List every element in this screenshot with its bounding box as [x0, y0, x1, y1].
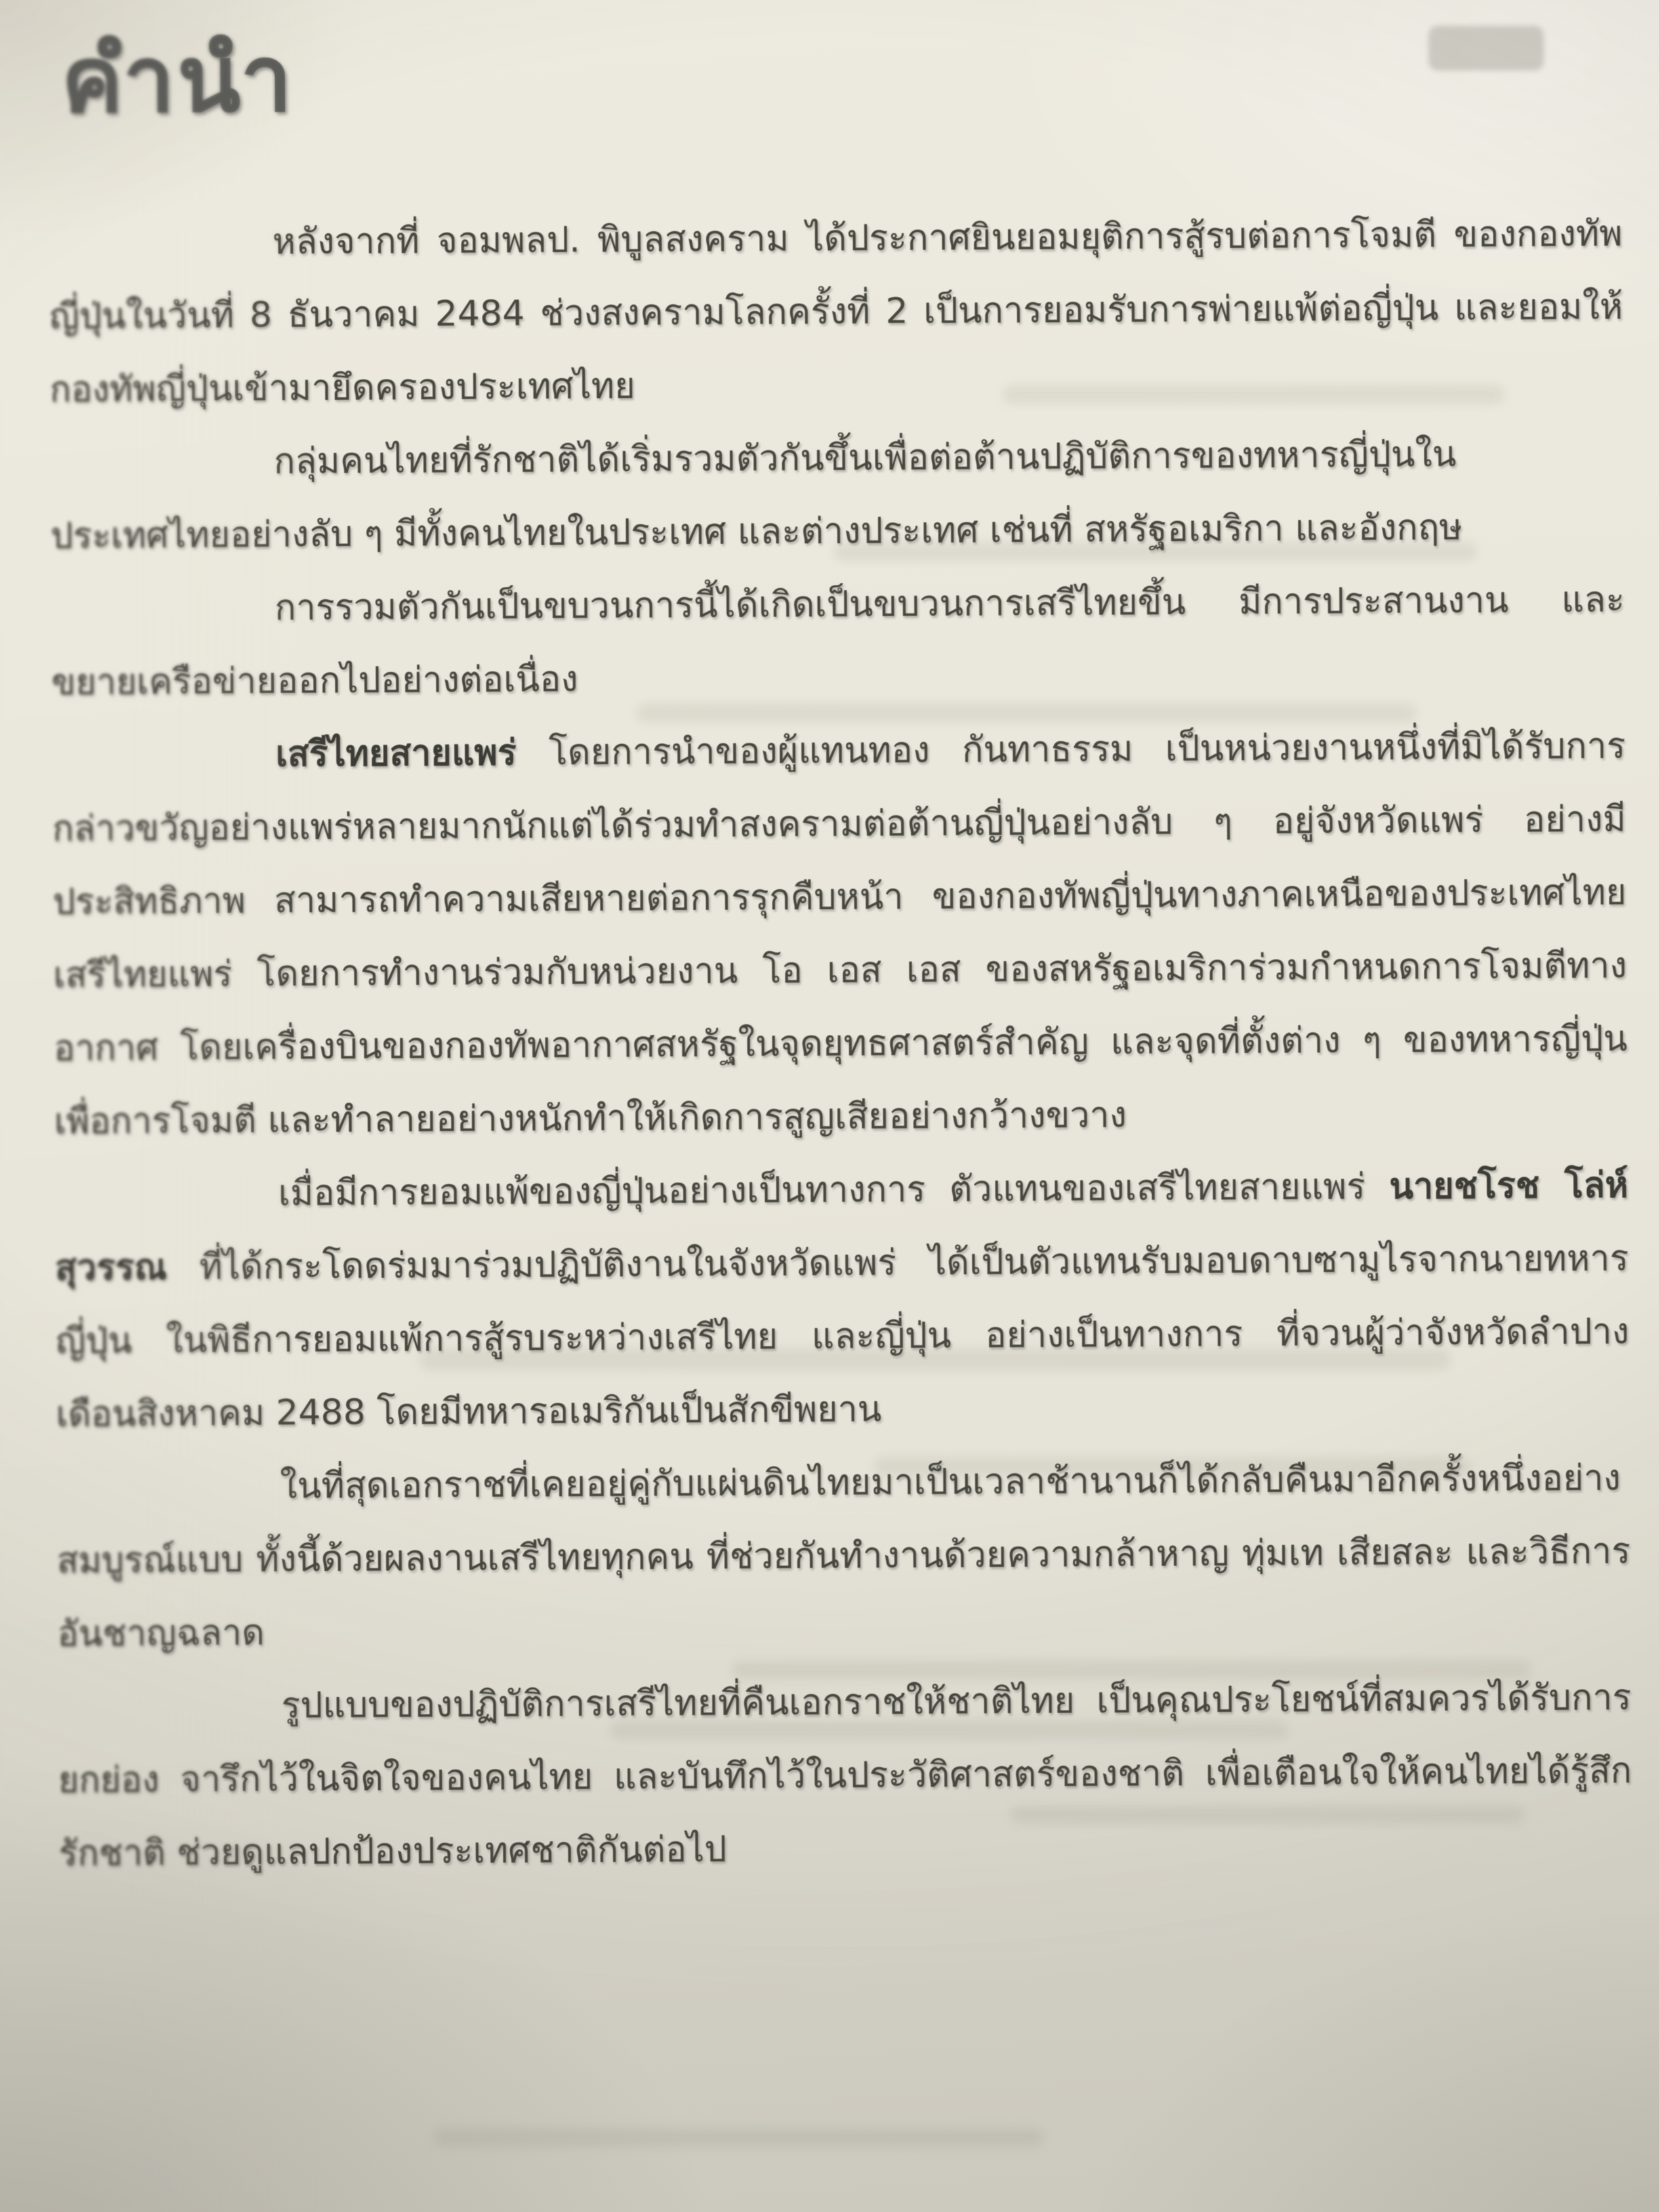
page-content: คำนำ หลังจากที่ จอมพลป. พิบูลสงคราม ได้ป… — [47, 16, 1635, 2212]
preface-paragraph: หลังจากที่ จอมพลป. พิบูลสงคราม ได้ประกาศ… — [49, 197, 1624, 426]
preface-paragraph: รูปแบบของปฏิบัติการเสรีไทยที่คืนเอกราชให… — [58, 1661, 1633, 1890]
paragraph-text: ที่ได้กระโดดร่มมาร่วมปฏิบัติงานในจังหวัด… — [56, 1238, 1629, 1435]
paragraph-text: กลุ่มคนไทยที่รักชาติได้เริ่มรวมตัวกันขึ้… — [50, 434, 1462, 556]
paragraph-text: การรวมตัวกันเป็นขบวนการนี้ได้เกิดเป็นขบว… — [52, 579, 1625, 703]
book-page-photo: คำนำ หลังจากที่ จอมพลป. พิบูลสงคราม ได้ป… — [0, 0, 1659, 2212]
paragraph-bold-text: เสรีไทยสายแพร่ — [275, 733, 516, 775]
page-title: คำนำ — [61, 25, 1622, 127]
paragraph-text: เมื่อมีการยอมแพ้ของญี่ปุ่นอย่างเป็นทางกา… — [278, 1166, 1389, 1214]
paragraph-text: หลังจากที่ จอมพลป. พิบูลสงคราม ได้ประกาศ… — [49, 213, 1622, 410]
preface-paragraph: การรวมตัวกันเป็นขบวนการนี้ได้เกิดเป็นขบว… — [51, 563, 1625, 719]
preface-paragraph: ในที่สุดเอกราชที่เคยอยู่คู่กับแผ่นดินไทย… — [56, 1441, 1631, 1671]
preface-body: หลังจากที่ จอมพลป. พิบูลสงคราม ได้ประกาศ… — [49, 197, 1633, 1890]
preface-paragraph: เสรีไทยสายแพร่ โดยการนำของผู้แทนทอง กันท… — [52, 710, 1628, 1158]
paragraph-text: โดยการนำของผู้แทนทอง กันทาธรรม เป็นหน่วย… — [52, 726, 1627, 1142]
preface-paragraph: กลุ่มคนไทยที่รักชาติได้เริ่มรวมตัวกันขึ้… — [50, 417, 1624, 573]
paragraph-text: รูปแบบของปฏิบัติการเสรีไทยที่คืนเอกราชให… — [58, 1677, 1632, 1874]
preface-paragraph: เมื่อมีการยอมแพ้ของญี่ปุ่นอย่างเป็นทางกา… — [54, 1149, 1630, 1451]
paragraph-text: ในที่สุดเอกราชที่เคยอยู่คู่กับแผ่นดินไทย… — [57, 1458, 1631, 1654]
